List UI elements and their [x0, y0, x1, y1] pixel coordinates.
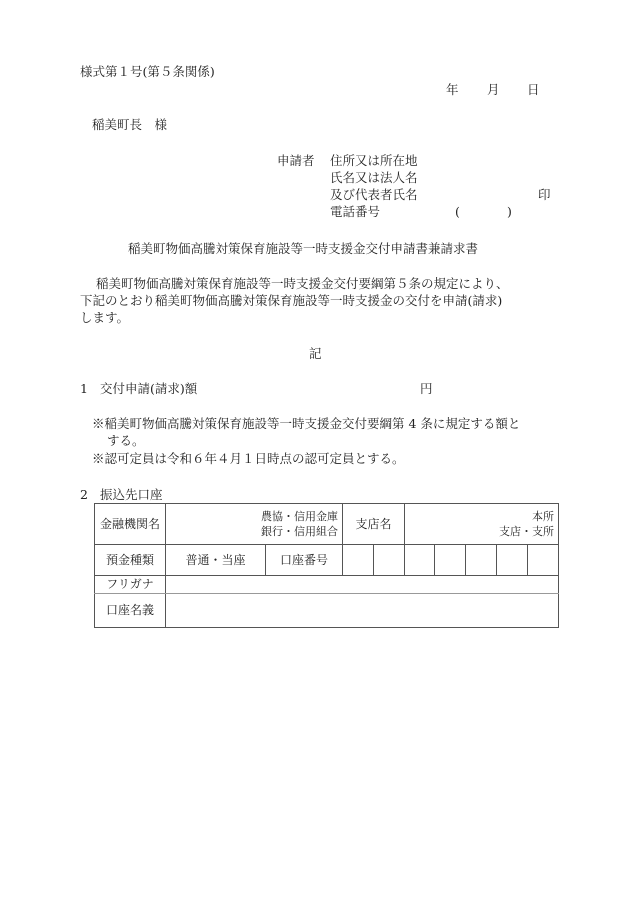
phone-paren-open: (: [455, 204, 460, 220]
branch-type-line2: 支店・支所: [405, 524, 554, 539]
account-digit-6[interactable]: [497, 545, 528, 576]
section1-number: 1: [80, 381, 88, 397]
branch-name-field[interactable]: 本所 支店・支所: [405, 504, 559, 545]
furigana-label: フリガナ: [95, 576, 166, 594]
account-holder-label: 口座名義: [95, 594, 166, 628]
branch-name-label: 支店名: [343, 504, 405, 545]
applicant-address-label: 住所又は所在地: [330, 153, 418, 169]
deposit-type-label: 預金種類: [95, 545, 166, 576]
institution-type-line1: 農協・信用金庫: [166, 509, 338, 524]
applicant-label: 申請者: [277, 153, 315, 169]
applicant-name-label: 氏名又は法人名: [330, 170, 418, 186]
deposit-type-options[interactable]: 普通・当座: [166, 545, 266, 576]
institution-type-line2: 銀行・信用組合: [166, 524, 338, 539]
document-title: 稲美町物価高騰対策保育施設等一時支援金交付申請書兼請求書: [128, 241, 478, 257]
phone-paren-close: ): [507, 204, 512, 220]
note1-line2: する。: [107, 433, 145, 449]
branch-type-line1: 本所: [405, 509, 554, 524]
note2: ※認可定員は令和６年４月１日時点の認可定員とする。: [92, 451, 405, 467]
yen-unit: 円: [420, 381, 433, 397]
applicant-phone-label: 電話番号: [330, 204, 380, 220]
note1-line1: ※稲美町物価高騰対策保育施設等一時支援金交付要綱第 4 条に規定する額と: [92, 416, 520, 432]
body-line-1: 稲美町物価高騰対策保育施設等一時支援金交付要綱第５条の規定により、: [96, 276, 509, 292]
seal-mark: 印: [538, 187, 551, 203]
addressee: 稲美町長 様: [92, 117, 167, 133]
date-day: 日: [527, 82, 540, 98]
bank-account-table: 金融機関名 農協・信用金庫 銀行・信用組合 支店名 本所 支店・支所 預金種類 …: [94, 503, 559, 628]
account-digit-5[interactable]: [466, 545, 497, 576]
date-month: 月: [487, 82, 500, 98]
account-number-label: 口座番号: [266, 545, 343, 576]
date-year: 年: [446, 82, 459, 98]
section2-number: 2: [80, 487, 88, 503]
body-line-2: 下記のとおり稲美町物価高騰対策保育施設等一時支援金の交付を申請(請求): [80, 293, 502, 309]
section2-label: 振込先口座: [100, 487, 163, 503]
account-holder-field[interactable]: [166, 594, 559, 628]
institution-name-label: 金融機関名: [95, 504, 166, 545]
account-digit-1[interactable]: [343, 545, 374, 576]
form-number: 様式第１号(第５条関係): [80, 64, 215, 80]
institution-name-field[interactable]: 農協・信用金庫 銀行・信用組合: [166, 504, 343, 545]
section1-label: 交付申請(請求)額: [100, 381, 197, 397]
account-digit-3[interactable]: [405, 545, 435, 576]
ki-heading: 記: [309, 346, 322, 362]
account-digit-7[interactable]: [528, 545, 559, 576]
applicant-representative-label: 及び代表者氏名: [330, 187, 418, 203]
furigana-field[interactable]: [166, 576, 559, 594]
account-digit-2[interactable]: [374, 545, 405, 576]
body-line-3: します。: [80, 310, 129, 326]
account-digit-4[interactable]: [435, 545, 466, 576]
